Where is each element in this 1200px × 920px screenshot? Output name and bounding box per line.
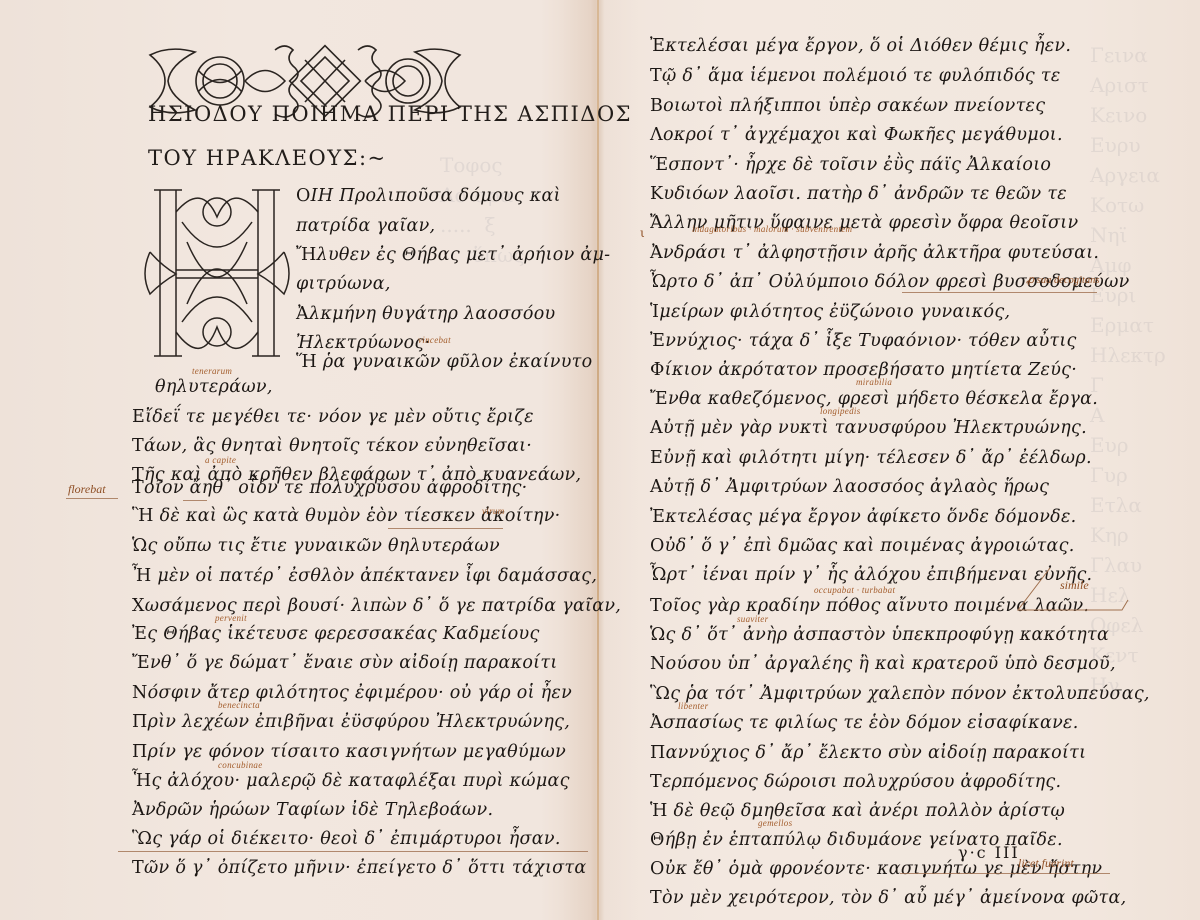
text-line: Ἧς ἀλόχου· μαλερῷ δὲ καταφλέξαι πυρὶ κώμ… [132, 771, 570, 791]
text-line: Πρίν γε φόνον τίσαιτο κασιγνήτων μεγαθύμ… [132, 742, 566, 762]
text-line: Νόσφιν ἄτερ φιλότητος ἐφιμέρου· οὐ γάρ ο… [132, 683, 572, 703]
margin-note-simile: simile [1060, 578, 1089, 593]
book-spread: Τοφος Λσ αρα ..... ξ ὕπως Γεινα Αριστ Κε… [0, 0, 1200, 920]
interlinear-gloss: a capite [205, 455, 236, 465]
text-line: Παννύχιος δ᾽ ἄρ᾽ ἔλεκτο σὺν αἰδοίῃ παρακ… [650, 743, 1086, 763]
text-line: Ἐκτελέσας μέγα ἔργον ἀφίκετο ὅνδε δόμονδ… [650, 507, 1077, 527]
text-line: πατρίδα γαῖαν, [296, 216, 435, 236]
text-line: Τῶν ὅ γ᾽ ὀπίζετο μῆνιν· ἐπείγετο δ᾽ ὅττι… [132, 858, 586, 878]
interlinear-gloss: pervenit [215, 613, 247, 623]
text-line: Ὣς ῥα τότ᾽ Ἀμφιτρύων χαλεπὸν πόνον ἐκτολ… [650, 684, 1150, 704]
margin-note-florebat: florebat [68, 482, 106, 497]
text-line: Ἐς Θήβας ἱκέτευσε φερεσσακέας Καδμείους [132, 624, 540, 644]
text-line: Αὐτῇ μὲν γὰρ νυκτὶ τανυσφύρου Ἠλεκτρυώνη… [650, 418, 1087, 438]
text-line: Ἕσποντ᾽· ἦρχε δὲ τοῖσιν ἐῢς πάϊς Ἀλκαίοι… [650, 155, 1051, 175]
margin-note-underline [902, 292, 1097, 293]
margin-tick-mark: ι [640, 226, 645, 240]
text-line: Ἀσπασίως τε φιλίως τε ἑὸν δόμον εἰσαφίκα… [650, 713, 1079, 733]
text-line: Τάων, ἃς θνηταὶ θνητοῖς τέκον εὐνηθεῖσαι… [132, 436, 532, 456]
text-line: Ἠλεκτρύωνος· [296, 333, 430, 353]
text-line: Ἱμείρων φιλότητος ἐϋζώνοιο γυναικός, [650, 302, 1010, 322]
text-line: Ἤλυθεν ἐς Θήβας μετ᾽ ἀρήιον ἀμ- [296, 245, 610, 265]
page-title-line-2: ΤΟΥ ΗΡΑΚΛΕΟΥΣ:~ [148, 146, 387, 170]
text-line: φιτρύωνα, [296, 274, 391, 294]
interlinear-gloss: occupabat · turbabat [814, 585, 895, 595]
text-line: Αὐτῇ δ᾽ Ἀμφιτρύων λαοσσόος ἀγλαὸς ἥρως [650, 477, 1049, 497]
text-underline [118, 851, 588, 852]
interlinear-gloss: concubinae [218, 760, 262, 770]
text-line: Ἀνδρῶν ἡρώων Ταφίων ἰδὲ Τηλεβοάων. [132, 800, 493, 820]
text-line: ΟΙΗ Προλιποῦσα δόμους καὶ [296, 186, 561, 206]
text-underline [183, 500, 207, 501]
interlinear-gloss: virum [482, 506, 505, 516]
text-line: Ἀνδράσι τ᾽ ἀλφηστῇσιν ἀρῆς ἀλκτῆρα φυτεύ… [650, 243, 1099, 263]
interlinear-gloss: libenter [678, 701, 708, 711]
text-line: Ἔνθα καθεζόμενος, φρεσὶ μήδετο θέσκελα ἔ… [650, 389, 1098, 409]
interlinear-gloss: mirabilia [856, 377, 892, 387]
margin-note-underline [900, 873, 1110, 874]
text-line: Τερπόμενος δώροισι πολυχρύσου ἀφροδίτης. [650, 772, 1061, 792]
text-line: Χωσάμενος περὶ βουσί· λιπὼν δ᾽ ὅ γε πατρ… [132, 596, 621, 616]
text-line: Τῷ δ᾽ ἅμα ἱέμενοι πολέμοιό τε φυλόπιδός … [650, 66, 1061, 86]
left-page: ΗΣΙΟΔΟΥ ΠΟΙΗΜΑ ΠΕΡΙ ΤΗΣ ΑΣΠΙΔΟΣ ΤΟΥ ΗΡΑΚ… [0, 0, 598, 920]
right-page: Ἐκτελέσαι μέγα ἔργον, ὅ οἱ Διόθεν θέμις … [600, 0, 1200, 920]
text-line: Ἦ μὲν οἱ πατέρ᾽ ἐσθλὸν ἀπέκτανεν ἶφι δαμ… [132, 566, 597, 586]
ornamental-initial-eta-icon [142, 182, 292, 364]
text-line: Ἐκτελέσαι μέγα ἔργον, ὅ οἱ Διόθεν θέμις … [650, 36, 1071, 56]
text-line: Ἔνθ᾽ ὅ γε δώματ᾽ ἔναιε σὺν αἰδοίῃ παρακο… [132, 653, 558, 673]
text-line: θηλυτεράων, [155, 377, 273, 397]
text-line: Ἀλκμήνη θυγάτηρ λαοσσόου [296, 304, 555, 324]
text-line: Οὐδ᾽ ὅ γ᾽ ἐπὶ δμῶας καὶ ποιμένας ἀγροιώτ… [650, 536, 1075, 556]
text-line: Εἴδεΐ τε μεγέθει τε· νόον γε μὲν οὔτις ἔ… [132, 407, 534, 427]
interlinear-gloss: benecincta [218, 700, 260, 710]
interlinear-gloss: longipedis [820, 406, 861, 416]
text-line: Τὸν μὲν χειρότερον, τὸν δ᾽ αὖ μέγ᾽ ἀμείν… [650, 888, 1126, 908]
text-line: Πρὶν λεχέων ἐπιβῆναι ἐϋσφύρου Ἠλεκτρυώνη… [132, 712, 570, 732]
margin-note-decogitans: ꝓ sua decogitans [1026, 274, 1099, 286]
interlinear-gloss: gemellos [758, 818, 792, 828]
text-underline [388, 528, 503, 529]
signature-mark: γ·c III [958, 843, 1020, 862]
text-line: Τοῖον ἄηθ᾽ οἷόν τε πολυχρύσου ἀφροδίτης· [132, 478, 528, 498]
text-line: Νούσου ὑπ᾽ ἀργαλέης ἢ καὶ κρατεροῦ ὑπὸ δ… [650, 654, 1116, 674]
interlinear-gloss: suaviter [737, 614, 768, 624]
interlinear-gloss: vincebat [418, 335, 451, 345]
text-line: Εὐνῇ καὶ φιλότητι μίγη· τέλεσεν δ᾽ ἄρ᾽ ἐ… [650, 448, 1092, 468]
interlinear-gloss: indagatoribus · malorum · subvenirentem [692, 224, 852, 234]
margin-note-underline [66, 498, 118, 499]
text-line: Βοιωτοὶ πλήξιπποι ὑπὲρ σακέων πνείοντες [650, 96, 1045, 116]
page-title-line-1: ΗΣΙΟΔΟΥ ΠΟΙΗΜΑ ΠΕΡΙ ΤΗΣ ΑΣΠΙΔΟΣ [148, 102, 632, 126]
text-line: Ἥ ῥα γυναικῶν φῦλον ἐκαίνυτο [296, 352, 592, 372]
interlinear-gloss: tenerarum [192, 366, 232, 376]
text-line: Κυδιόων λαοῖσι. πατὴρ δ᾽ ἀνδρῶν τε θεῶν … [650, 184, 1067, 204]
text-line: Ἡ δὲ θεῷ δμηθεῖσα καὶ ἀνέρι πολλὸν ἀρίστ… [650, 801, 1065, 821]
text-line: Ὣς γάρ οἱ διέκειτο· θεοὶ δ᾽ ἐπιμάρτυροι … [132, 829, 561, 849]
margin-note-licet-fuerint: licet fuerint [1018, 856, 1074, 871]
text-line: Ἐννύχιος· τάχα δ᾽ ἷξε Τυφαόνιον· τόθεν α… [650, 331, 1077, 351]
text-line: Λοκροί τ᾽ ἀγχέμαχοι καὶ Φωκῆες μεγάθυμοι… [650, 125, 1063, 145]
text-line: Ὡς δ᾽ ὅτ᾽ ἀνὴρ ἀσπαστὸν ὑπεκπροφύγῃ κακό… [650, 625, 1109, 645]
text-line: Ὡς οὔπω τις ἔτιε γυναικῶν θηλυτεράων [132, 536, 500, 556]
